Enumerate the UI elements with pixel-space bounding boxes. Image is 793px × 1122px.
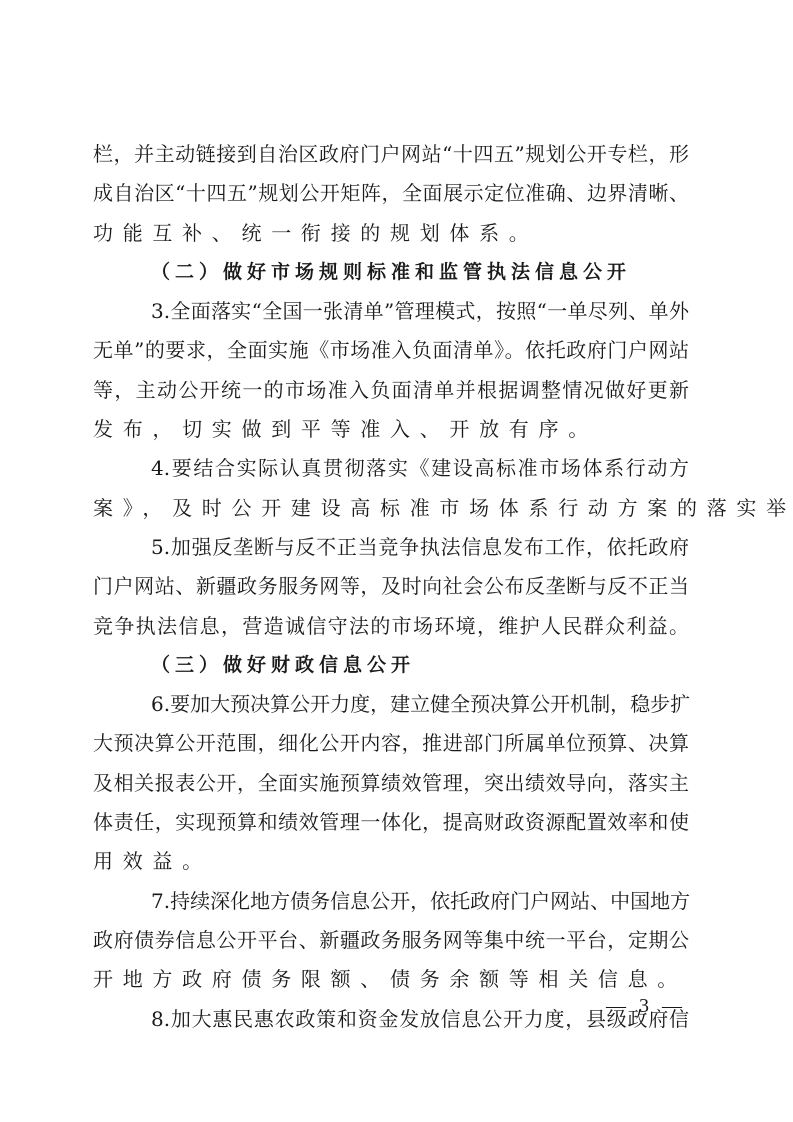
body-line: 案》，及时公开建设高标准市场体系行动方案的落实举措。 bbox=[93, 489, 689, 528]
body-line: 发布，切实做到平等准入、开放有序。 bbox=[93, 410, 689, 449]
item-4-line: 4.要结合实际认真贯彻落实《建设高标准市场体系行动方 bbox=[93, 449, 689, 488]
section-heading-3: （三）做好财政信息公开 bbox=[93, 646, 689, 685]
section-heading-2: （二）做好市场规则标准和监管执法信息公开 bbox=[93, 253, 689, 292]
body-line: 功能互补、统一衔接的规划体系。 bbox=[93, 214, 689, 253]
body-line: 等，主动公开统一的市场准入负面清单并根据调整情况做好更新 bbox=[93, 371, 689, 410]
body-line: 大预决算公开范围，细化公开内容，推进部门所属单位预算、决算 bbox=[93, 724, 689, 763]
body-line: 用效益。 bbox=[93, 842, 689, 881]
item-8-line: 8.加大惠民惠农政策和资金发放信息公开力度，县级政府信 bbox=[93, 1000, 689, 1039]
page-number: — 3 — bbox=[606, 992, 686, 1020]
item-3-line: 3.全面落实“全国一张清单”管理模式，按照“一单尽列、单外 bbox=[93, 292, 689, 331]
item-5-line: 5.加强反垄断与反不正当竞争执法信息发布工作，依托政府 bbox=[93, 528, 689, 567]
body-line: 及相关报表公开，全面实施预算绩效管理，突出绩效导向，落实主 bbox=[93, 764, 689, 803]
item-7-line: 7.持续深化地方债务信息公开，依托政府门户网站、中国地方 bbox=[93, 882, 689, 921]
document-page: 栏，并主动链接到自治区政府门户网站“十四五”规划公开专栏，形 成自治区“十四五”… bbox=[93, 135, 689, 1039]
body-line: 体责任，实现预算和绩效管理一体化，提高财政资源配置效率和使 bbox=[93, 803, 689, 842]
body-line: 门户网站、新疆政务服务网等，及时向社会公布反垄断与反不正当 bbox=[93, 567, 689, 606]
item-6-line: 6.要加大预决算公开力度，建立健全预决算公开机制，稳步扩 bbox=[93, 685, 689, 724]
body-line: 无单”的要求，全面实施《市场准入负面清单》。依托政府门户网站 bbox=[93, 331, 689, 370]
body-line: 政府债券信息公开平台、新疆政务服务网等集中统一平台，定期公 bbox=[93, 921, 689, 960]
body-line: 成自治区“十四五”规划公开矩阵，全面展示定位准确、边界清晰、 bbox=[93, 174, 689, 213]
body-line: 栏，并主动链接到自治区政府门户网站“十四五”规划公开专栏，形 bbox=[93, 135, 689, 174]
body-line: 开地方政府债务限额、债务余额等相关信息。 bbox=[93, 960, 689, 999]
body-line: 竞争执法信息，营造诚信守法的市场环境，维护人民群众利益。 bbox=[93, 607, 689, 646]
